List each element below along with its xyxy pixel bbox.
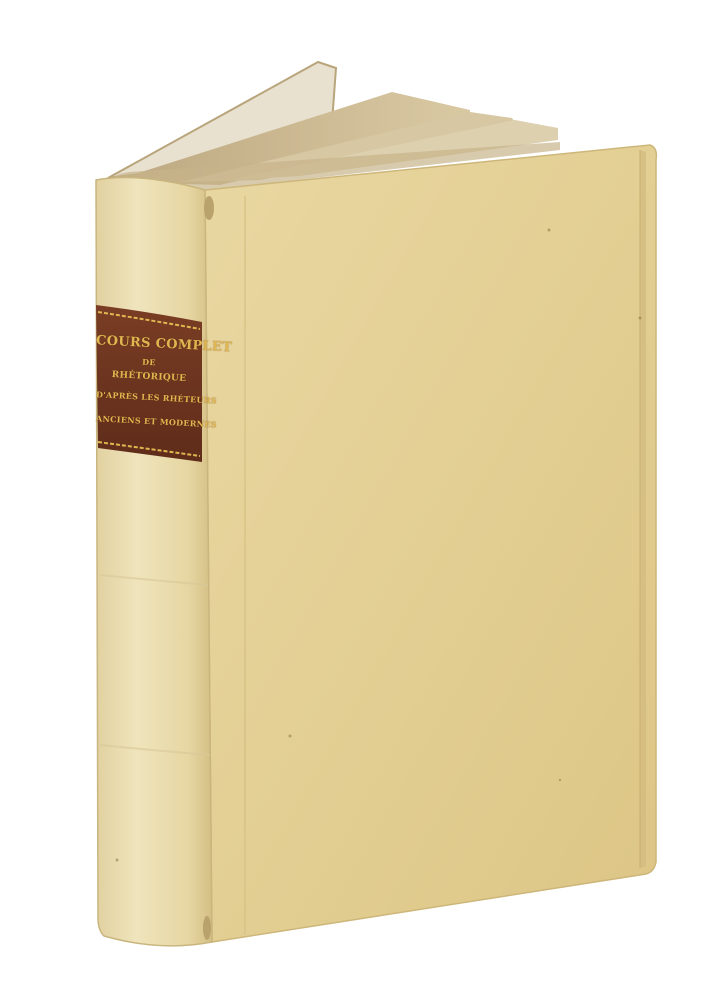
front-cover xyxy=(205,145,656,942)
book-photo: COURS COMPLET DE RHÉTORIQUE D'APRÈS LES … xyxy=(0,0,715,1000)
book-illustration xyxy=(0,0,715,1000)
spine xyxy=(96,178,212,946)
